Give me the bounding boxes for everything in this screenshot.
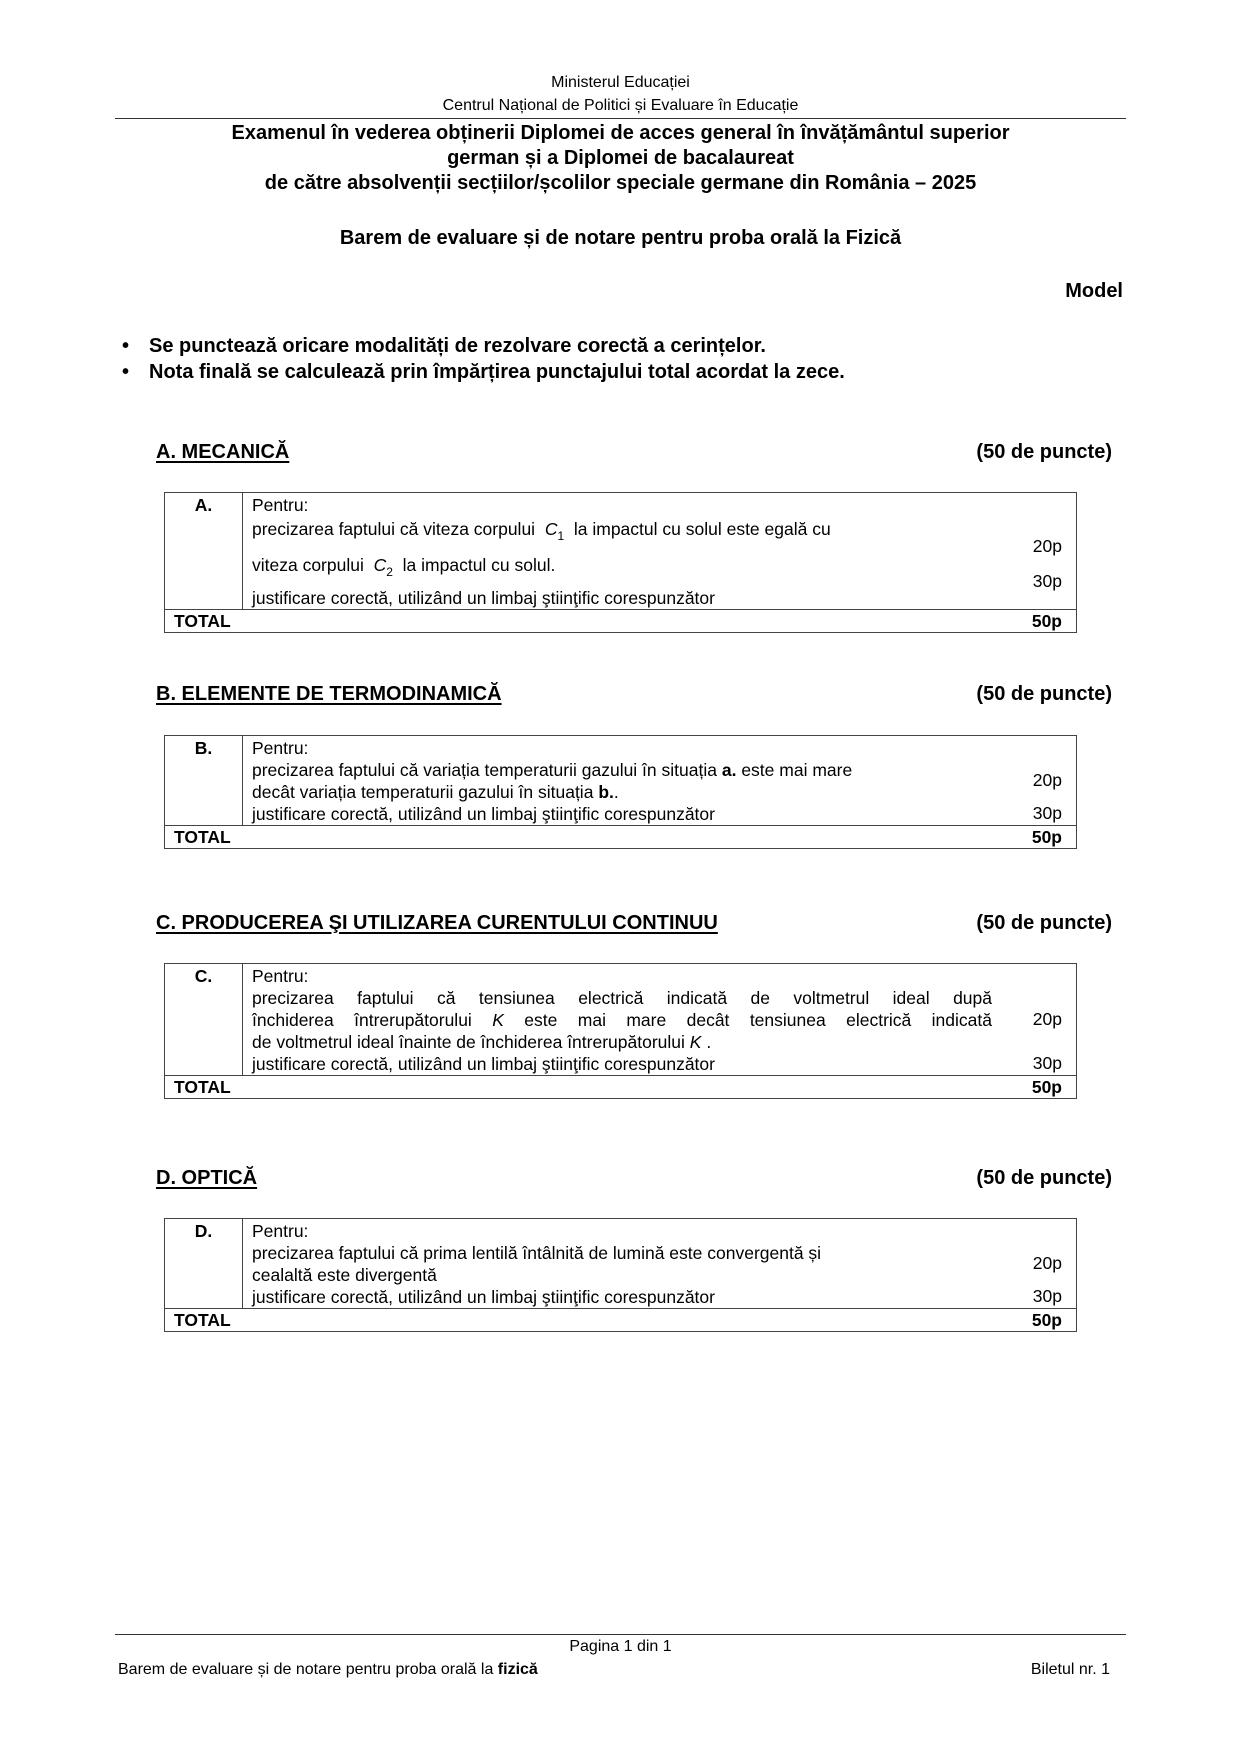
title-line-2: german și a Diplomei de bacalaureat	[0, 146, 1241, 171]
criteria-item-2: justificare corectă, utilizând un limbaj…	[252, 1053, 1002, 1075]
total-points: 50p	[1002, 1076, 1077, 1099]
criteria-item-1: precizarea faptului că tensiunea electri…	[252, 987, 992, 1009]
section-d-points: (50 de puncte)	[976, 1167, 1112, 1190]
criteria-item-1-cont: cealaltă este divergentă	[252, 1264, 1002, 1286]
section-d-table: D. Pentru: precizarea faptului că prima …	[164, 1218, 1077, 1332]
points-cell: 20p 30p	[1002, 493, 1077, 610]
instruction-bullet: •Se punctează oricare modalități de rezo…	[122, 333, 766, 359]
bullet-icon: •	[122, 333, 149, 359]
section-a-heading: A. MECANICĂ	[156, 441, 289, 464]
title-line-1: Examenul în vederea obținerii Diplomei d…	[0, 121, 1241, 146]
ministry-name: Ministerul Educației	[0, 73, 1241, 93]
section-c-points: (50 de puncte)	[976, 912, 1112, 935]
item-2-points: 30p	[1002, 1285, 1062, 1307]
criteria-item-1-end: de voltmetrul ideal înainte de închidere…	[252, 1031, 1002, 1053]
model-label: Model	[1065, 280, 1123, 303]
section-c-table: C. Pentru: precizarea faptului că tensiu…	[164, 963, 1077, 1099]
bullet-icon: •	[122, 359, 149, 385]
section-d-heading: D. OPTICĂ	[156, 1167, 257, 1190]
criteria-cell: Pentru: precizarea faptului că tensiunea…	[243, 964, 1003, 1076]
total-label: TOTAL	[165, 826, 1003, 849]
criteria-item-1-cont: închiderea întrerupătorului K este mai m…	[252, 1009, 992, 1031]
criteria-intro: Pentru:	[252, 965, 1002, 987]
criteria-item-1: precizarea faptului că viteza corpului C…	[252, 516, 1002, 550]
ticket-number: Biletul nr. 1	[1031, 1661, 1110, 1679]
section-b-table: B. Pentru: precizarea faptului că variaț…	[164, 735, 1077, 849]
header-rule	[115, 118, 1126, 119]
section-a-points: (50 de puncte)	[976, 441, 1112, 464]
criteria-intro: Pentru:	[252, 737, 1002, 759]
row-label: C.	[165, 964, 243, 1076]
item-1-points: 20p	[1002, 515, 1062, 570]
points-cell: 20p 30p	[1002, 964, 1077, 1076]
criteria-item-1-cont: viteza corpului C2 la impactul cu solul.	[252, 550, 1002, 587]
item-1-points: 20p	[1002, 1008, 1062, 1052]
criteria-item-2: justificare corectă, utilizând un limbaj…	[252, 1286, 1002, 1308]
page-number: Pagina 1 din 1	[0, 1638, 1241, 1656]
total-label: TOTAL	[165, 610, 1003, 633]
criteria-cell: Pentru: precizarea faptului că viteza co…	[243, 493, 1003, 610]
item-2-points: 30p	[1002, 802, 1062, 824]
total-points: 50p	[1002, 610, 1077, 633]
bullet-text: Nota finală se calculează prin împărțire…	[149, 361, 845, 383]
total-points: 50p	[1002, 826, 1077, 849]
criteria-item-2: justificare corectă, utilizând un limbaj…	[252, 587, 1002, 609]
footer-document-name: Barem de evaluare și de notare pentru pr…	[118, 1661, 538, 1679]
bullet-text: Se punctează oricare modalități de rezol…	[149, 335, 766, 357]
item-2-points: 30p	[1002, 1052, 1062, 1074]
item-1-points: 20p	[1002, 1241, 1062, 1285]
instruction-bullet: •Nota finală se calculează prin împărțir…	[122, 359, 845, 385]
criteria-intro: Pentru:	[252, 494, 1002, 516]
section-b-heading: B. ELEMENTE DE TERMODINAMICĂ	[156, 683, 502, 706]
criteria-item-1: precizarea faptului că prima lentilă înt…	[252, 1242, 1002, 1264]
criteria-cell: Pentru: precizarea faptului că variația …	[243, 736, 1003, 826]
section-c-heading: C. PRODUCEREA ŞI UTILIZAREA CURENTULUI C…	[156, 912, 718, 935]
total-label: TOTAL	[165, 1309, 1003, 1332]
row-label: B.	[165, 736, 243, 826]
row-label: D.	[165, 1219, 243, 1309]
criteria-item-1: precizarea faptului că variația temperat…	[252, 759, 1002, 781]
footer-rule	[115, 1634, 1126, 1635]
section-a-table: A. Pentru: precizarea faptului că viteza…	[164, 492, 1077, 633]
points-cell: 20p 30p	[1002, 736, 1077, 826]
points-cell: 20p 30p	[1002, 1219, 1077, 1309]
criteria-item-2: justificare corectă, utilizând un limbaj…	[252, 803, 1002, 825]
item-2-points: 30p	[1002, 570, 1062, 592]
item-1-points: 20p	[1002, 758, 1062, 802]
criteria-item-1-cont: decât variația temperaturii gazului în s…	[252, 781, 1002, 803]
section-b-points: (50 de puncte)	[976, 683, 1112, 706]
total-points: 50p	[1002, 1309, 1077, 1332]
criteria-intro: Pentru:	[252, 1220, 1002, 1242]
document-subtitle: Barem de evaluare și de notare pentru pr…	[0, 226, 1241, 251]
criteria-cell: Pentru: precizarea faptului că prima len…	[243, 1219, 1003, 1309]
center-name: Centrul Național de Politici și Evaluare…	[0, 96, 1241, 116]
total-label: TOTAL	[165, 1076, 1003, 1099]
row-label: A.	[165, 493, 243, 610]
title-line-3: de către absolvenții secțiilor/școlilor …	[0, 171, 1241, 196]
